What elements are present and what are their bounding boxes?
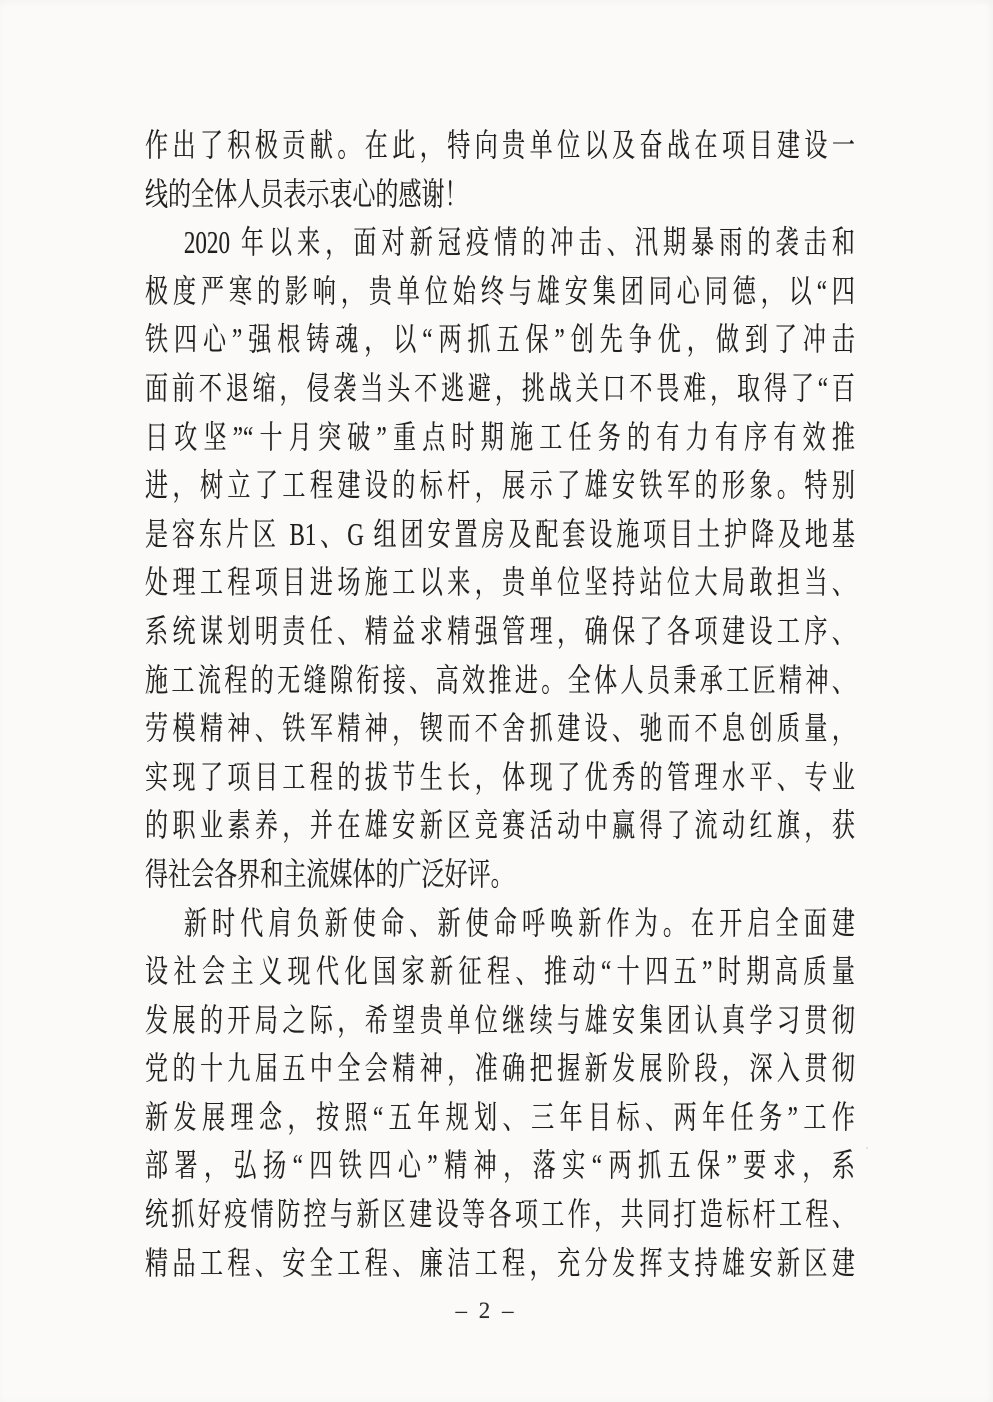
text-line: 新发展理念，按照“五年规划、三年目标、两年任务”工作 [145,1093,855,1142]
text-line: 2020 年以来，面对新冠疫情的冲击、汛期暴雨的袭击和 [145,218,855,267]
scan-speck [147,691,149,694]
text-line: 新时代肩负新使命、新使命呼唤新作为。在开启全面建 [145,899,855,948]
text-line: 实现了项目工程的拔节生长，体现了优秀的管理水平、专业 [145,753,855,802]
text-line: 系统谋划明责任、精益求精强管理，确保了各项建设工序、 [145,607,855,656]
scan-speck [866,1147,868,1149]
text-line: 劳模精神、铁军精神，锲而不舍抓建设、驰而不息创质量， [145,704,855,753]
page-number: – 2 – [0,1296,972,1326]
text-line: 发展的开局之际，希望贵单位继续与雄安集团认真学习贯彻 [145,996,855,1045]
text-line: 设社会主义现代化国家新征程、推动“十四五”时期高质量 [145,947,855,996]
text-line: 部署，弘扬“四铁四心”精神，落实“两抓五保”要求，系 [145,1141,855,1190]
text-line: 进，树立了工程建设的标杆，展示了雄安铁军的形象。特别 [145,461,855,510]
text-line: 日攻坚”“十月突破”重点时期施工任务的有力有序有效推 [145,413,855,462]
text-line: 党的十九届五中全会精神，准确把握新发展阶段，深入贯彻 [145,1044,855,1093]
text-line: 施工流程的无缝隙衔接、高效推进。全体人员秉承工匠精神、 [145,656,855,705]
text-line: 铁四心”强根铸魂，以“两抓五保”创先争优，做到了冲击 [145,315,855,364]
text-line: 极度严寒的影响，贵单位始终与雄安集团同心同德，以“四 [145,267,855,316]
text-line: 处理工程项目进场施工以来，贵单位坚持站位大局敢担当、 [145,558,855,607]
scan-speck [147,1033,149,1035]
text-line: 面前不退缩，侵袭当头不逃避，挑战关口不畏难，取得了“百 [145,364,855,413]
scanned-letter-page: 作出了积极贡献。在此，特向贵单位以及奋战在项目建设一线的全体人员表示衷心的感谢！… [0,0,993,1402]
text-line: 是容东片区 B1、G 组团安置房及配套设施项目土护降及地基 [145,510,855,559]
text-line: 的职业素养，并在雄安新区竞赛活动中赢得了流动红旗，获 [145,801,855,850]
letter-body: 作出了积极贡献。在此，特向贵单位以及奋战在项目建设一线的全体人员表示衷心的感谢！… [145,121,855,1287]
text-line: 统抓好疫情防控与新区建设等各项工作，共同打造标杆工程、 [145,1190,855,1239]
text-line: 得社会各界和主流媒体的广泛好评。 [145,850,855,899]
scan-speck [149,543,151,545]
letter-text-block: 作出了积极贡献。在此，特向贵单位以及奋战在项目建设一线的全体人员表示衷心的感谢！… [145,121,855,1287]
text-line: 作出了积极贡献。在此，特向贵单位以及奋战在项目建设一 [145,121,855,170]
text-line: 精品工程、安全工程、廉洁工程，充分发挥支持雄安新区建 [145,1239,855,1288]
text-line: 线的全体人员表示衷心的感谢！ [145,170,855,219]
